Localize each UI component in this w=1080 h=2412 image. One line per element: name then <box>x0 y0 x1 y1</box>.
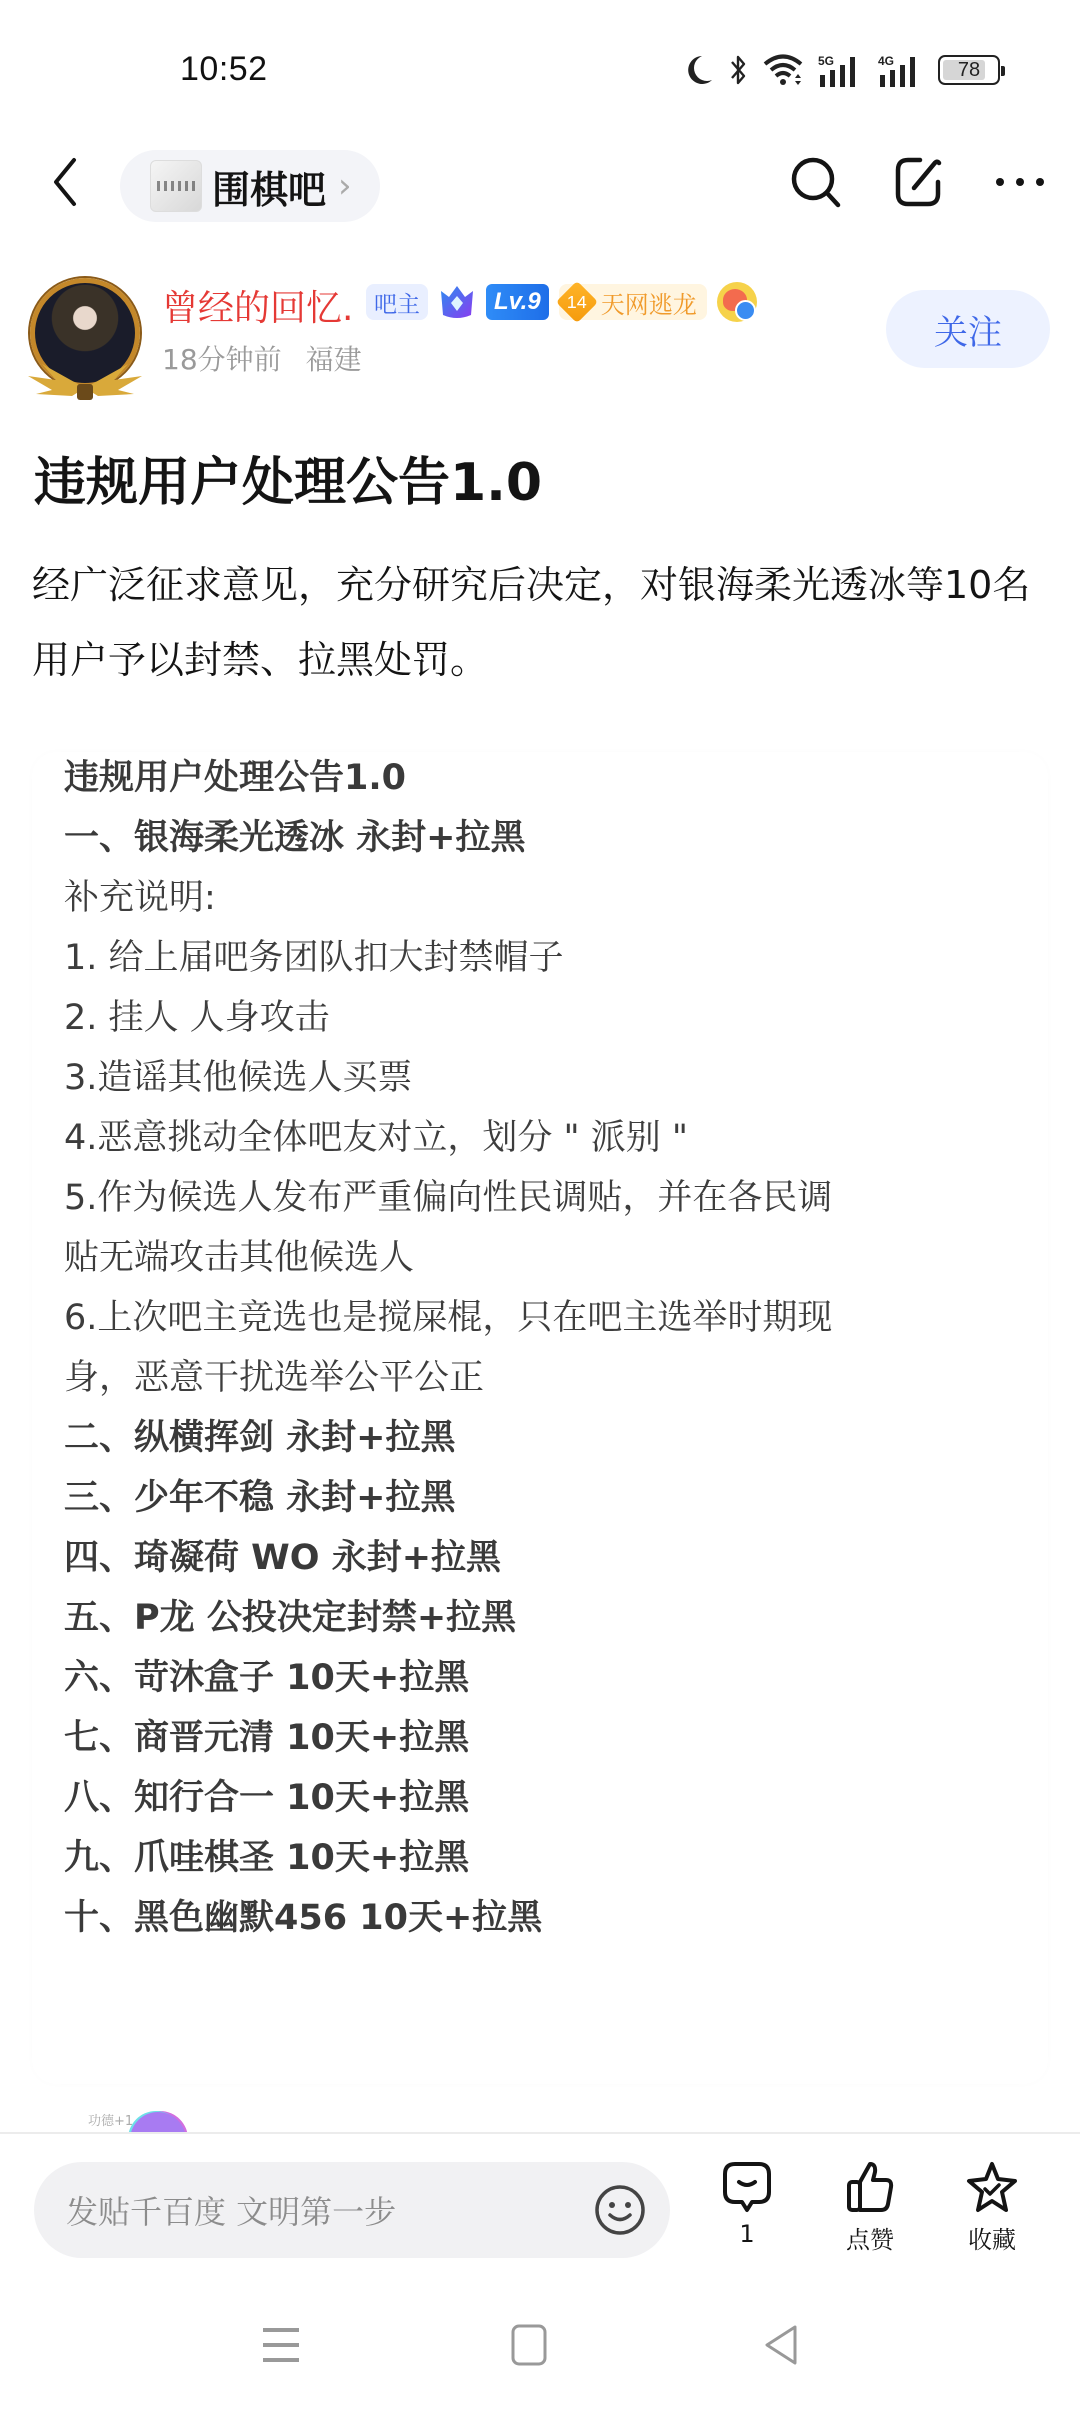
svg-text:4G: 4G <box>878 54 894 68</box>
crown-gem-icon <box>438 283 476 321</box>
image-line: 九、爪哇棋圣 10天+拉黑 <box>64 1828 1024 1888</box>
image-line: 6.上次吧主竞选也是搅屎棍，只在吧主选举时期现 <box>64 1288 1024 1348</box>
like-label: 点赞 <box>846 2220 894 2255</box>
4g-signal-icon: 4G <box>878 53 924 87</box>
comment-button[interactable]: 1 <box>702 2160 792 2248</box>
status-time: 10:52 <box>180 50 268 89</box>
forum-link[interactable]: 围棋吧 › <box>120 150 380 222</box>
5g-signal-icon: 5G <box>818 53 864 87</box>
image-line: 4.恶意挑动全体吧友对立，划分 " 派别 " <box>64 1108 1024 1168</box>
system-nav-bar <box>0 2270 1080 2412</box>
like-button[interactable]: 点赞 <box>825 2160 915 2255</box>
level-badge: Lv.9 <box>486 284 549 320</box>
back-button[interactable] <box>40 152 90 212</box>
image-line: 二、纵横挥剑 永封+拉黑 <box>64 1408 1024 1468</box>
comment-icon <box>721 2160 773 2216</box>
post-intro: 经广泛征求意见，充分研究后决定，对银海柔光透冰等10名用户予以封禁、拉黑处罚。 <box>32 548 1052 698</box>
home-button[interactable] <box>504 2320 554 2370</box>
post-time: 18分钟前 <box>162 338 282 378</box>
comment-count: 1 <box>739 2220 754 2248</box>
follow-button[interactable]: 关注 <box>886 290 1050 368</box>
edit-icon <box>890 154 946 210</box>
author-name[interactable]: 曾经的回忆. <box>162 280 353 331</box>
image-line: 十、黑色幽默456 10天+拉黑 <box>64 1888 1024 1948</box>
commenter-avatar[interactable] <box>130 2112 186 2132</box>
title-name: 天网逃龙 <box>601 285 697 320</box>
search-button[interactable] <box>786 152 846 212</box>
search-icon <box>788 154 844 210</box>
svg-text:5G: 5G <box>818 54 834 68</box>
image-line: 贴无端攻击其他候选人 <box>64 1228 1024 1288</box>
status-icons: 5G 4G 78 <box>684 52 1000 88</box>
nav-actions <box>786 152 1050 212</box>
post-image-text: 违规用户处理公告1.0 一、银海柔光透冰 永封+拉黑 补充说明: 1. 给上届吧… <box>64 748 1024 1948</box>
smiley-icon <box>592 2182 648 2238</box>
post-title: 违规用户处理公告1.0 <box>34 440 542 515</box>
author-row: 曾经的回忆. 吧主 Lv.9 14 天网逃龙 18分钟前 福建 关注 <box>0 270 1080 400</box>
triangle-back-icon <box>761 2323 801 2367</box>
image-line: 一、银海柔光透冰 永封+拉黑 <box>64 808 1024 868</box>
image-line: 七、商晋元清 10天+拉黑 <box>64 1708 1024 1768</box>
image-line: 5.作为候选人发布严重偏向性民调贴，并在各民调 <box>64 1168 1024 1228</box>
image-line: 四、琦凝荷 WO 永封+拉黑 <box>64 1528 1024 1588</box>
image-line: 三、少年不稳 永封+拉黑 <box>64 1468 1024 1528</box>
image-line: 补充说明: <box>64 868 1024 928</box>
author-meta: 18分钟前 福建 <box>162 338 362 378</box>
heart-emoji-badge-icon <box>717 282 757 322</box>
moon-icon <box>684 54 714 86</box>
merit-text: 功德+1 <box>88 2110 133 2129</box>
battery-icon: 78 <box>938 55 1000 85</box>
forum-owner-badge: 吧主 <box>366 284 428 320</box>
post-location: 福建 <box>306 338 362 378</box>
chevron-right-icon: › <box>338 166 352 206</box>
edit-button[interactable] <box>888 152 948 212</box>
image-line: 六、苛沐盒子 10天+拉黑 <box>64 1648 1024 1708</box>
bluetooth-icon <box>728 53 748 87</box>
battery-level: 78 <box>958 59 980 82</box>
image-line: 八、知行合一 10天+拉黑 <box>64 1768 1024 1828</box>
forum-logo <box>150 160 202 212</box>
status-bar: 10:52 5G 4G 78 <box>0 0 1080 140</box>
reply-input[interactable]: 发贴千百度 文明第一步 <box>34 2162 670 2258</box>
image-line: 违规用户处理公告1.0 <box>64 748 1024 808</box>
favorite-button[interactable]: 收藏 <box>947 2160 1037 2255</box>
avatar-frame-wings-icon <box>22 358 148 402</box>
image-line: 2. 挂人 人身攻击 <box>64 988 1024 1048</box>
favorite-label: 收藏 <box>968 2220 1016 2255</box>
image-line: 3.造谣其他候选人买票 <box>64 1048 1024 1108</box>
battery-cap <box>1001 66 1005 76</box>
menu-lines-icon <box>261 2325 301 2365</box>
star-icon <box>964 2160 1020 2216</box>
more-button[interactable] <box>990 152 1050 212</box>
bottom-action-bar: 发贴千百度 文明第一步 1 点赞 收藏 <box>0 2132 1080 2267</box>
recents-button[interactable] <box>256 2320 306 2370</box>
title-level: 14 <box>567 292 587 313</box>
system-back-button[interactable] <box>756 2320 806 2370</box>
wifi-icon <box>762 53 804 87</box>
image-line: 身，恶意干扰选举公平公正 <box>64 1348 1024 1408</box>
emoji-button[interactable] <box>592 2182 648 2238</box>
chevron-left-icon <box>50 156 80 208</box>
home-square-icon <box>509 2323 549 2367</box>
more-icon <box>992 172 1048 192</box>
title-level-diamond: 14 <box>555 281 597 323</box>
top-nav-bar: 围棋吧 › <box>0 130 1080 240</box>
forum-name: 围棋吧 <box>212 159 326 214</box>
author-badges: 吧主 Lv.9 14 天网逃龙 <box>366 282 757 322</box>
comment-peek: 功德+1 <box>0 2090 1080 2132</box>
image-line: 五、P龙 公投决定封禁+拉黑 <box>64 1588 1024 1648</box>
reply-placeholder: 发贴千百度 文明第一步 <box>66 2187 396 2233</box>
thumbs-up-icon <box>844 2160 896 2216</box>
image-line: 1. 给上届吧务团队扣大封禁帽子 <box>64 928 1024 988</box>
title-badge: 14 天网逃龙 <box>559 284 707 320</box>
